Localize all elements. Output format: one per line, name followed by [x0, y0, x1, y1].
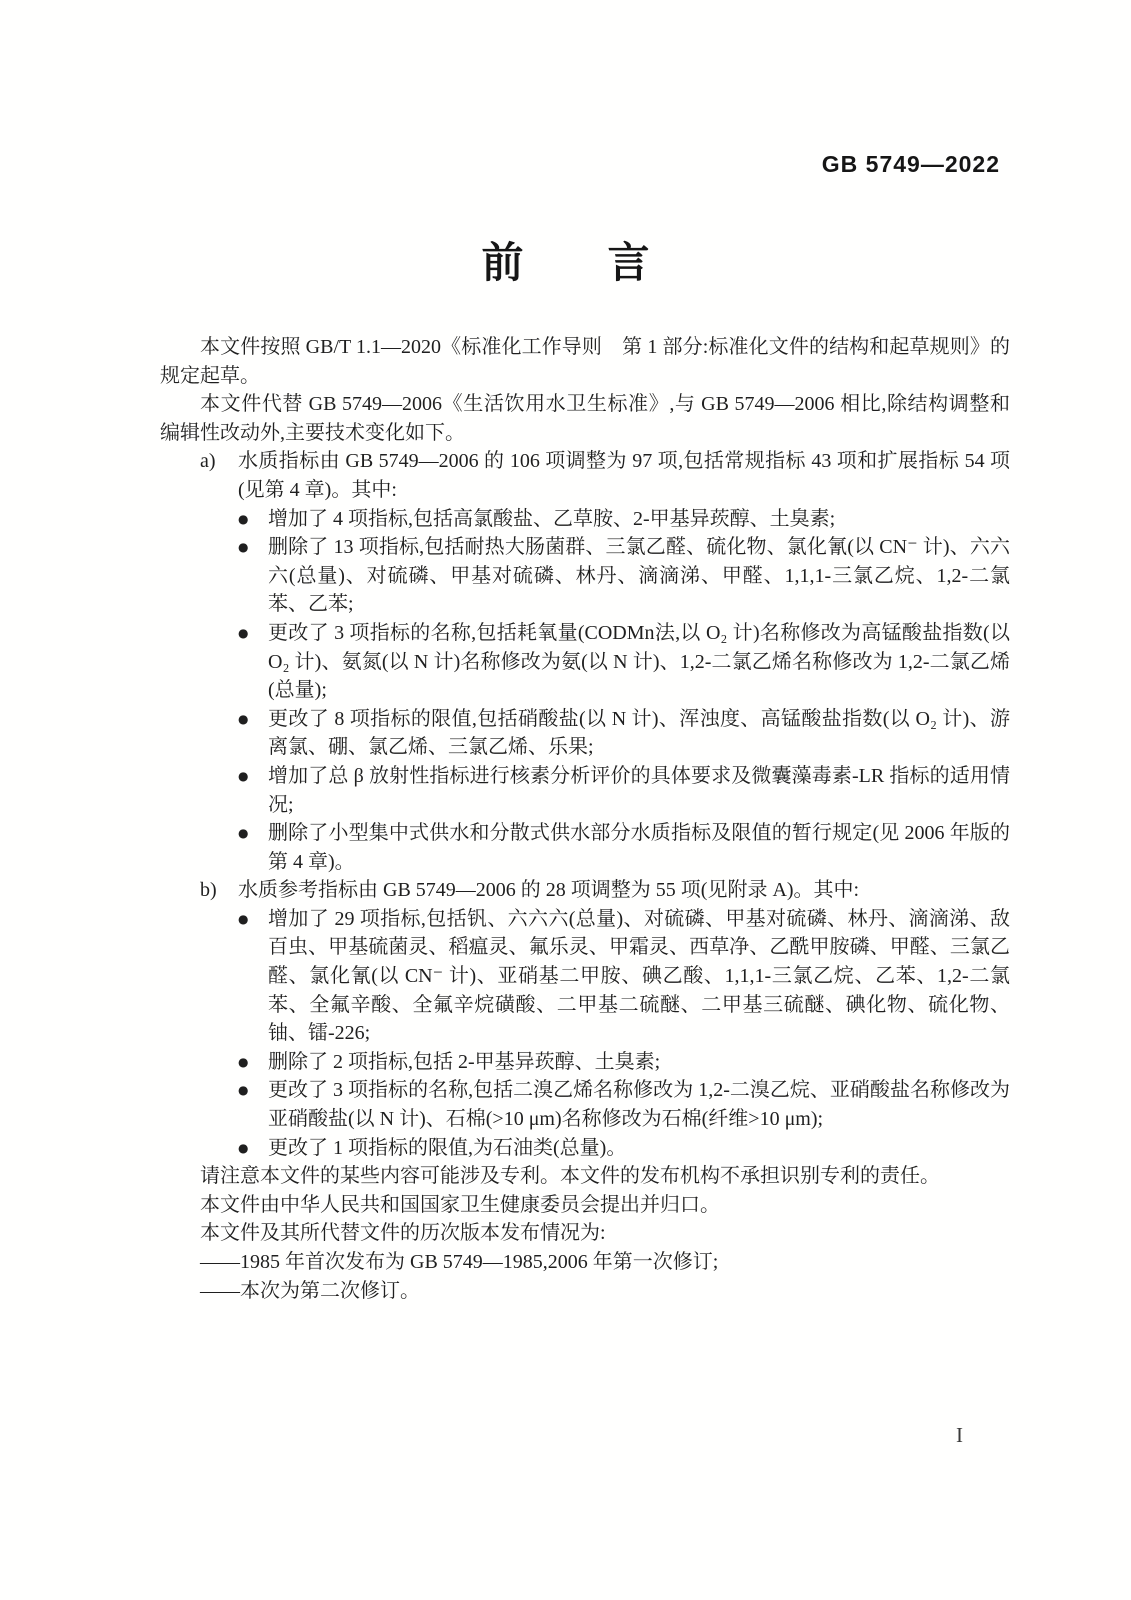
- history-line-current-revision: ——本次为第二次修订。: [160, 1277, 1010, 1306]
- bullet-text: 增加了 29 项指标,包括钒、六六六(总量)、对硫磷、甲基对硫磷、林丹、滴滴涕、…: [268, 908, 1010, 1044]
- bullet-text: 更改了 8 项指标的限值,包括硝酸盐(以 N 计)、浑浊度、高锰酸盐指数(以 O…: [268, 708, 1010, 759]
- list-item-b: b)水质参考指标由 GB 5749—2006 的 28 项调整为 55 项(见附…: [200, 876, 1010, 1162]
- bullet-item: ●更改了 3 项指标的名称,包括耗氧量(CODMn法,以 O₂ 计)名称修改为高…: [238, 619, 1010, 705]
- bullet-text: 删除了 2 项指标,包括 2-甲基异莰醇、土臭素;: [268, 1051, 660, 1073]
- list-item-b-label: b): [200, 876, 238, 905]
- paragraph-drafting-basis: 本文件按照 GB/T 1.1—2020《标准化工作导则 第 1 部分:标准化文件…: [160, 333, 1010, 390]
- doc-number: GB 5749—2022: [822, 151, 1000, 178]
- list-item-b-text: 水质参考指标由 GB 5749—2006 的 28 项调整为 55 项(见附录 …: [238, 879, 859, 901]
- history-line-first-issue: ——1985 年首次发布为 GB 5749—1985,2006 年第一次修订;: [160, 1248, 1010, 1277]
- document-page: GB 5749—2022 前 言 本文件按照 GB/T 1.1—2020《标准化…: [0, 0, 1131, 1600]
- bullet-icon: ●: [238, 1134, 248, 1163]
- page-number: I: [956, 1423, 963, 1448]
- bullet-item: ●增加了 29 项指标,包括钒、六六六(总量)、对硫磷、甲基对硫磷、林丹、滴滴涕…: [238, 905, 1010, 1048]
- bullet-text: 更改了 3 项指标的名称,包括耗氧量(CODMn法,以 O₂ 计)名称修改为高锰…: [268, 622, 1010, 701]
- paragraph-patent-notice: 请注意本文件的某些内容可能涉及专利。本文件的发布机构不承担识别专利的责任。: [160, 1162, 1010, 1191]
- bullet-text: 删除了 13 项指标,包括耐热大肠菌群、三氯乙醛、硫化物、氯化氰(以 CN⁻ 计…: [268, 536, 1010, 615]
- bullet-text: 更改了 3 项指标的名称,包括二溴乙烯名称修改为 1,2-二溴乙烷、亚硝酸盐名称…: [268, 1079, 1010, 1130]
- bullet-icon: ●: [238, 905, 248, 934]
- bullet-text: 删除了小型集中式供水和分散式供水部分水质指标及限值的暂行规定(见 2006 年版…: [268, 822, 1010, 873]
- bullet-icon: ●: [238, 705, 248, 734]
- bullet-item: ●增加了 4 项指标,包括高氯酸盐、乙草胺、2-甲基异莰醇、土臭素;: [238, 505, 1010, 534]
- bullet-item: ●删除了小型集中式供水和分散式供水部分水质指标及限值的暂行规定(见 2006 年…: [238, 819, 1010, 876]
- paragraph-replacement: 本文件代替 GB 5749—2006《生活饮用水卫生标准》,与 GB 5749—…: [160, 390, 1010, 447]
- bullet-item: ●删除了 2 项指标,包括 2-甲基异莰醇、土臭素;: [238, 1048, 1010, 1077]
- bullet-item: ●增加了总 β 放射性指标进行核素分析评价的具体要求及微囊藻毒素-LR 指标的适…: [238, 762, 1010, 819]
- bullet-item: ●更改了 8 项指标的限值,包括硝酸盐(以 N 计)、浑浊度、高锰酸盐指数(以 …: [238, 705, 1010, 762]
- bullet-icon: ●: [238, 505, 248, 534]
- bullet-icon: ●: [238, 819, 248, 848]
- bullet-icon: ●: [238, 1048, 248, 1077]
- paragraph-edition-history-lead: 本文件及其所代替文件的历次版本发布情况为:: [160, 1219, 1010, 1248]
- bullet-icon: ●: [238, 762, 248, 791]
- bullet-text: 更改了 1 项指标的限值,为石油类(总量)。: [268, 1137, 626, 1159]
- bullet-text: 增加了总 β 放射性指标进行核素分析评价的具体要求及微囊藻毒素-LR 指标的适用…: [268, 765, 1010, 816]
- list-item-a-bullets: ●增加了 4 项指标,包括高氯酸盐、乙草胺、2-甲基异莰醇、土臭素; ●删除了 …: [238, 505, 1010, 877]
- bullet-icon: ●: [238, 619, 248, 648]
- bullet-item: ●更改了 3 项指标的名称,包括二溴乙烯名称修改为 1,2-二溴乙烷、亚硝酸盐名…: [238, 1076, 1010, 1133]
- bullet-text: 增加了 4 项指标,包括高氯酸盐、乙草胺、2-甲基异莰醇、土臭素;: [268, 508, 835, 530]
- list-item-a-label: a): [200, 447, 238, 476]
- bullet-icon: ●: [238, 1076, 248, 1105]
- bullet-item: ●更改了 1 项指标的限值,为石油类(总量)。: [238, 1134, 1010, 1163]
- list-item-a-text: 水质指标由 GB 5749—2006 的 106 项调整为 97 项,包括常规指…: [238, 450, 1010, 501]
- paragraph-issuing-body: 本文件由中华人民共和国国家卫生健康委员会提出并归口。: [160, 1191, 1010, 1220]
- list-item-a: a)水质指标由 GB 5749—2006 的 106 项调整为 97 项,包括常…: [200, 447, 1010, 876]
- foreword-content: 本文件按照 GB/T 1.1—2020《标准化工作导则 第 1 部分:标准化文件…: [160, 333, 1010, 1305]
- bullet-icon: ●: [238, 533, 248, 562]
- bullet-item: ●删除了 13 项指标,包括耐热大肠菌群、三氯乙醛、硫化物、氯化氰(以 CN⁻ …: [238, 533, 1010, 619]
- page-title: 前 言: [0, 230, 1131, 290]
- list-item-b-bullets: ●增加了 29 项指标,包括钒、六六六(总量)、对硫磷、甲基对硫磷、林丹、滴滴涕…: [238, 905, 1010, 1162]
